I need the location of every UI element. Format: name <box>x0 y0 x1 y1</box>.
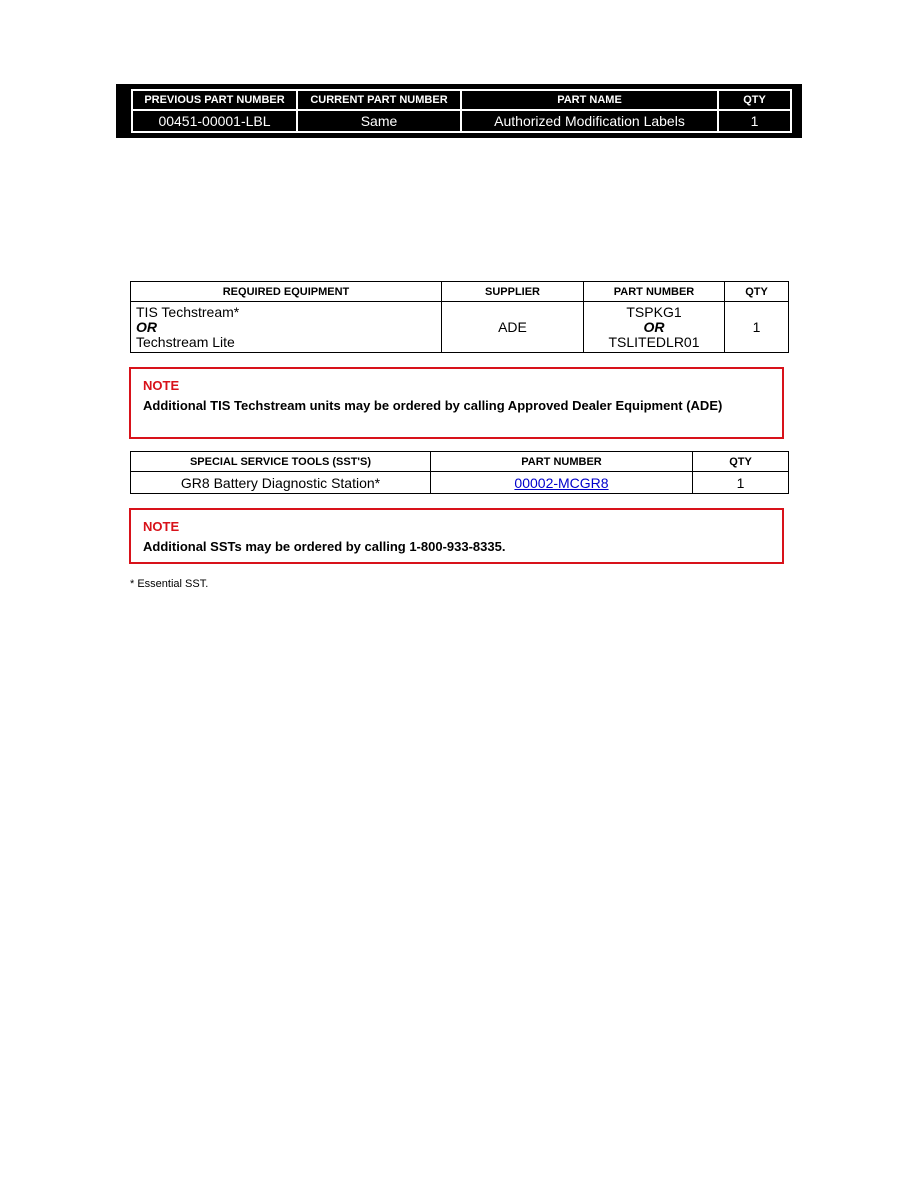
equipment-table-header: REQUIRED EQUIPMENT SUPPLIER PART NUMBER … <box>131 282 789 302</box>
supplier: ADE <box>442 302 584 353</box>
tool-name: GR8 Battery Diagnostic Station* <box>131 472 431 494</box>
header-supplier: SUPPLIER <box>442 282 584 302</box>
part-name: Authorized Modification Labels <box>461 110 718 132</box>
header-qty: QTY <box>718 90 791 110</box>
header-special-service-tools: SPECIAL SERVICE TOOLS (SST'S) <box>131 452 431 472</box>
note-title: NOTE <box>143 519 782 534</box>
header-part-number: PART NUMBER <box>431 452 693 472</box>
header-previous-part-number: PREVIOUS PART NUMBER <box>132 90 297 110</box>
header-qty: QTY <box>725 282 789 302</box>
header-required-equipment: REQUIRED EQUIPMENT <box>131 282 442 302</box>
part-number-link[interactable]: 00002-MCGR8 <box>514 475 608 491</box>
header-part-name: PART NAME <box>461 90 718 110</box>
header-part-number: PART NUMBER <box>584 282 725 302</box>
part-number-cell: 00002-MCGR8 <box>431 472 693 494</box>
previous-part-number: 00451-00001-LBL <box>132 110 297 132</box>
required-equipment-cell: TIS Techstream* OR Techstream Lite <box>131 302 442 353</box>
note-text: Additional SSTs may be ordered by callin… <box>143 539 782 554</box>
sst-table-header: SPECIAL SERVICE TOOLS (SST'S) PART NUMBE… <box>131 452 789 472</box>
qty: 1 <box>725 302 789 353</box>
part-number: TSPKG1 <box>584 305 724 320</box>
table-row: GR8 Battery Diagnostic Station* 00002-MC… <box>131 472 789 494</box>
or-label: OR <box>584 320 724 335</box>
note-box-sst: NOTE Additional SSTs may be ordered by c… <box>129 508 784 564</box>
part-number: TSLITEDLR01 <box>584 335 724 350</box>
equipment-item: Techstream Lite <box>136 335 441 350</box>
header-current-part-number: CURRENT PART NUMBER <box>297 90 461 110</box>
parts-table-container: PREVIOUS PART NUMBER CURRENT PART NUMBER… <box>116 84 802 138</box>
footnote: * Essential SST. <box>130 578 208 590</box>
header-qty: QTY <box>693 452 789 472</box>
qty: 1 <box>693 472 789 494</box>
table-row: 00451-00001-LBL Same Authorized Modifica… <box>132 110 791 132</box>
parts-table: PREVIOUS PART NUMBER CURRENT PART NUMBER… <box>131 89 792 133</box>
required-equipment-table: REQUIRED EQUIPMENT SUPPLIER PART NUMBER … <box>130 281 789 353</box>
note-text: Additional TIS Techstream units may be o… <box>143 398 782 413</box>
table-row: TIS Techstream* OR Techstream Lite ADE T… <box>131 302 789 353</box>
equipment-item: TIS Techstream* <box>136 305 441 320</box>
parts-table-header: PREVIOUS PART NUMBER CURRENT PART NUMBER… <box>132 90 791 110</box>
qty: 1 <box>718 110 791 132</box>
note-box-techstream: NOTE Additional TIS Techstream units may… <box>129 367 784 439</box>
current-part-number: Same <box>297 110 461 132</box>
part-number-cell: TSPKG1 OR TSLITEDLR01 <box>584 302 725 353</box>
note-title: NOTE <box>143 378 782 393</box>
or-label: OR <box>136 320 441 335</box>
special-service-tools-table: SPECIAL SERVICE TOOLS (SST'S) PART NUMBE… <box>130 451 789 494</box>
